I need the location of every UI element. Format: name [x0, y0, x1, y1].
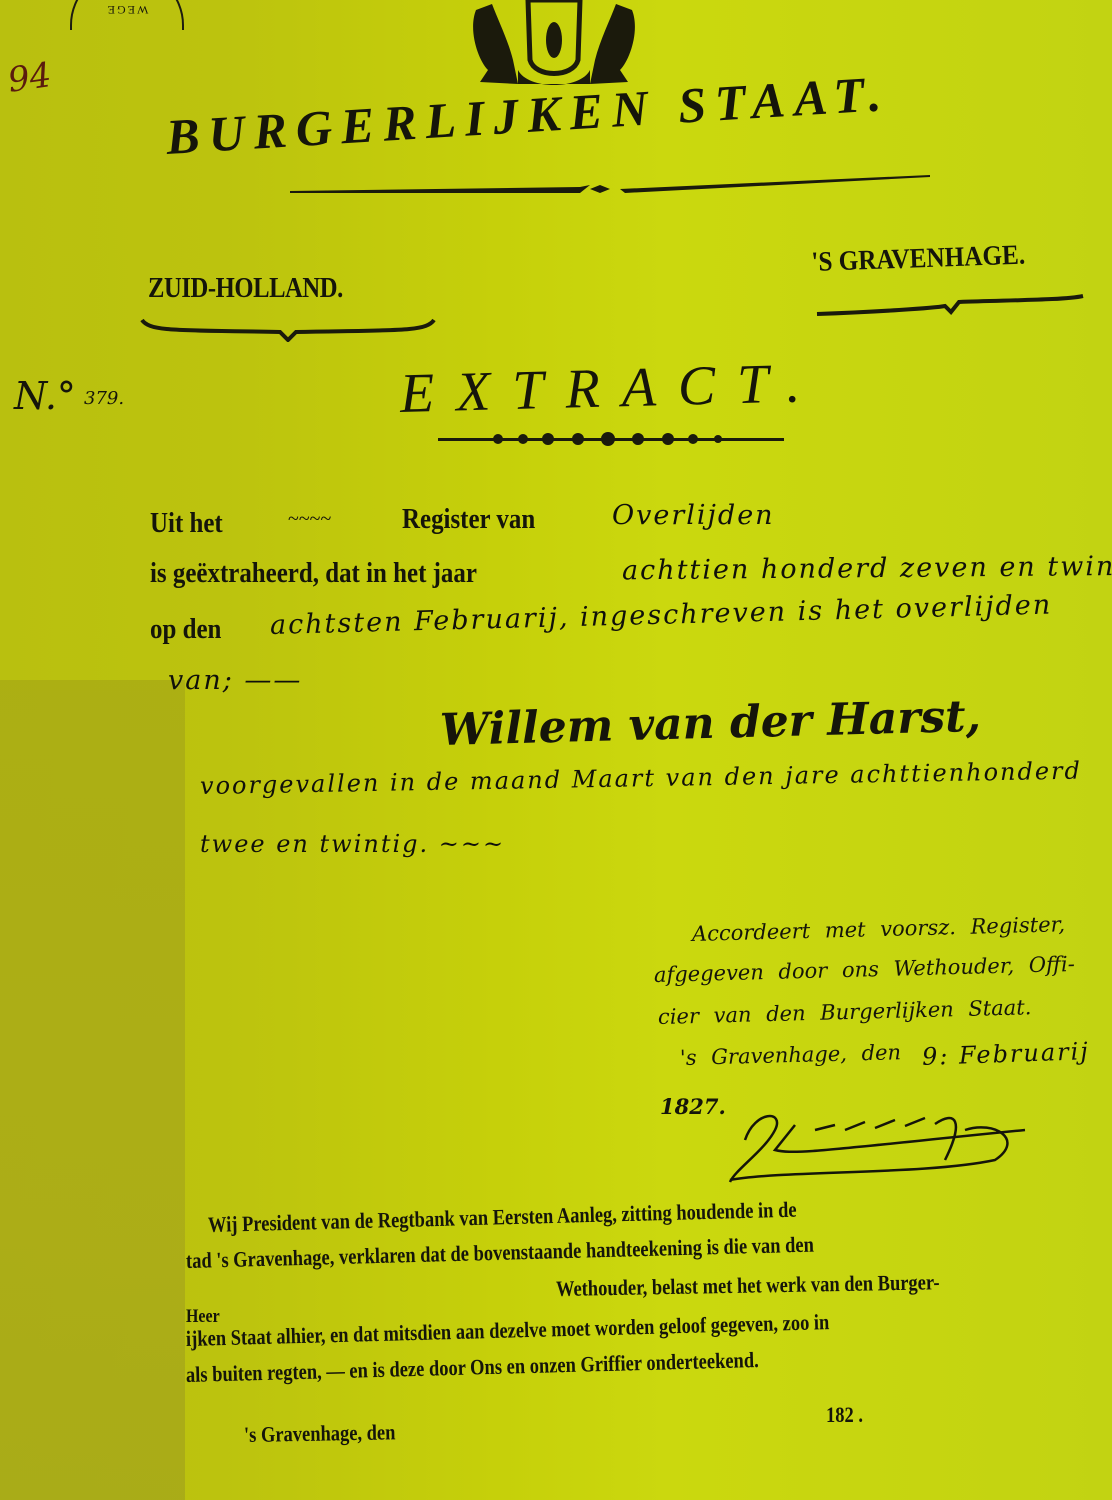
province-brace [140, 318, 436, 342]
attestation-place: 's Gravenhage, den [680, 1040, 902, 1070]
number-value: 379. [84, 388, 124, 409]
deceased-name: Willem van der Harst, [439, 691, 981, 756]
body-print-1a: Uit het [150, 507, 223, 540]
city-label: 'S GRAVENHAGE. [811, 240, 1026, 279]
certification-year: 182 . [826, 1402, 863, 1428]
title-underline [290, 175, 930, 205]
body-print-2: is geëxtraheerd, dat in het jaar [150, 557, 477, 590]
shadow-strip [0, 680, 185, 1500]
body-hand-4: van; —— [168, 665, 302, 696]
seal-stamp: WEGE [70, 0, 184, 30]
register-type-handwritten: Overlijden [612, 500, 775, 531]
body-filler: ~~~~ [288, 508, 331, 531]
attestation-year: 1827. [660, 1094, 726, 1119]
certification-line-1: Wij President van de Regtbank van Eerste… [208, 1197, 797, 1238]
city-brace [815, 294, 1087, 320]
year-handwritten: achttien honderd zeven en twintig [622, 551, 1112, 587]
ornamental-rule [438, 428, 784, 448]
province-label: ZUID-HOLLAND. [148, 273, 343, 305]
attestation-date-handwritten: 9: Februarij [922, 1037, 1091, 1071]
certification-line-5: als buiten regten, — en is deze door Ons… [186, 1347, 759, 1388]
attestation-line-1: Accordeert met voorsz. Register, [692, 912, 1066, 946]
document-page: WEGE 94 BURGERLIJKEN STAAT. ZUID-HOLLAND… [0, 0, 1112, 1500]
date-handwritten: achtsten Februarij, ingeschreven is het … [270, 590, 1053, 641]
body-print-3: op den [150, 613, 221, 646]
official-signature [725, 1100, 1035, 1190]
attestation-line-3: cier van den Burgerlijken Staat. [658, 995, 1032, 1029]
stamp-text: WEGE [106, 3, 149, 17]
coat-of-arms-icon [468, 0, 640, 88]
body-print-1b: Register van [402, 503, 535, 536]
certification-place: 's Gravenhage, den [244, 1419, 396, 1448]
archive-number: 94 [5, 55, 53, 101]
death-year-handwritten: twee en twintig. ~~~ [200, 830, 505, 858]
death-date-handwritten: voorgevallen in de maand Maart van den j… [200, 757, 1082, 800]
certification-line-2: tad 's Gravenhage, verklaren dat de bove… [186, 1232, 815, 1274]
certification-line-3: Wethouder, belast met het werk van den B… [556, 1269, 940, 1302]
extract-title: EXTRACT. [399, 351, 823, 426]
certification-line-4: ijken Staat alhier, en dat mitsdien aan … [186, 1309, 830, 1352]
attestation-line-2: afgegeven door ons Wethouder, Offi- [654, 952, 1075, 987]
number-label: N.° [14, 374, 76, 418]
